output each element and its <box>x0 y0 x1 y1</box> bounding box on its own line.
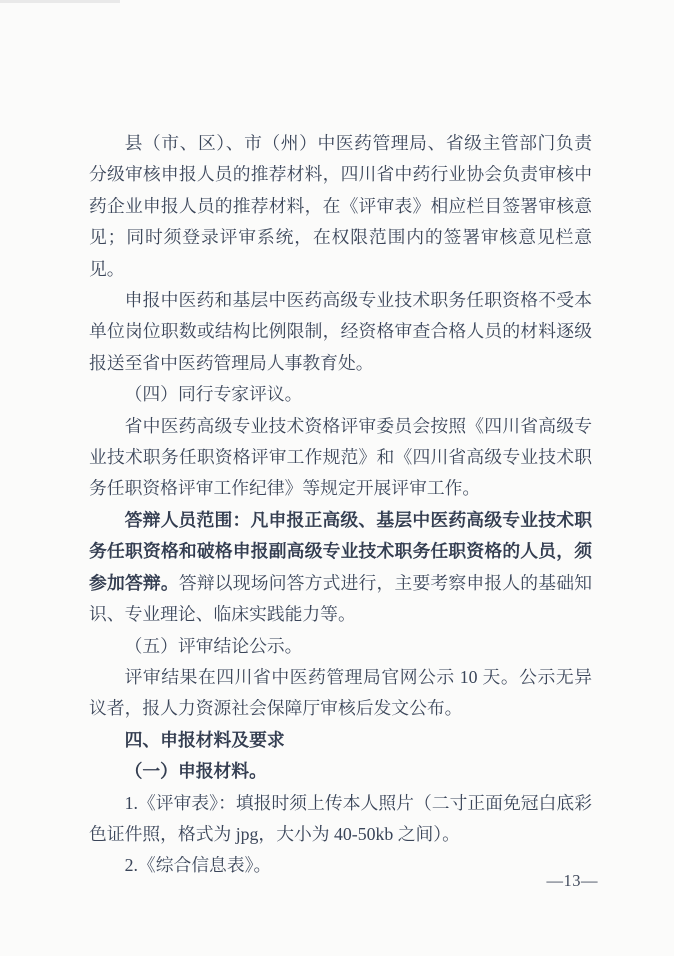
para-recommendation-review: 县（市、区）、市（州）中医药管理局、省级主管部门负责分级审核申报人员的推荐材料，… <box>89 128 592 285</box>
bold-text-run: 四、申报材料及要求 <box>125 730 285 750</box>
heading-section-4-peer-review: （四）同行专家评议。 <box>89 379 592 410</box>
para-item-1-review-form: 1.《评审表》：填报时须上传本人照片（二寸正面免冠白底彩色证件照，格式为 jpg… <box>89 788 592 851</box>
para-review-committee: 省中医药高级专业技术资格评审委员会按照《四川省高级专业技术职务任职资格评审工作规… <box>89 411 592 505</box>
bold-text-run: （一）申报材料。 <box>125 761 267 781</box>
page-number: —13— <box>547 870 599 892</box>
text-run: 1.《评审表》：填报时须上传本人照片（二寸正面免冠白底彩色证件照，格式为 jpg… <box>89 793 592 844</box>
heading-section-1-materials: （一）申报材料。 <box>89 756 592 787</box>
heading-chapter-4-materials: 四、申报材料及要求 <box>89 725 592 756</box>
document-body: 县（市、区）、市（州）中医药管理局、省级主管部门负责分级审核申报人员的推荐材料，… <box>89 128 592 882</box>
scan-edge-artifact <box>0 0 120 3</box>
text-run: 县（市、区）、市（州）中医药管理局、省级主管部门负责分级审核申报人员的推荐材料，… <box>89 133 592 279</box>
para-defense-scope: 答辩人员范围：凡申报正高级、基层中医药高级专业技术职务任职资格和破格申报副高级专… <box>89 505 592 631</box>
text-run: （五）评审结论公示。 <box>125 636 303 656</box>
text-run: 评审结果在四川省中医药管理局官网公示 10 天。公示无异议者，报人力资源社会保障… <box>89 667 592 718</box>
heading-section-5-publicity: （五）评审结论公示。 <box>89 631 592 662</box>
para-quota-exemption: 申报中医药和基层中医药高级专业技术职务任职资格不受本单位岗位职数或结构比例限制，… <box>89 285 592 379</box>
text-run: （四）同行专家评议。 <box>125 384 303 404</box>
document-page: 县（市、区）、市（州）中医药管理局、省级主管部门负责分级审核申报人员的推荐材料，… <box>0 0 674 956</box>
para-item-2-info-form: 2.《综合信息表》。 <box>89 850 592 881</box>
text-run: 2.《综合信息表》。 <box>125 855 272 875</box>
text-run: 省中医药高级专业技术资格评审委员会按照《四川省高级专业技术职务任职资格评审工作规… <box>89 416 592 499</box>
text-run: 申报中医药和基层中医药高级专业技术职务任职资格不受本单位岗位职数或结构比例限制，… <box>89 290 592 373</box>
para-publicity-result: 评审结果在四川省中医药管理局官网公示 10 天。公示无异议者，报人力资源社会保障… <box>89 662 592 725</box>
